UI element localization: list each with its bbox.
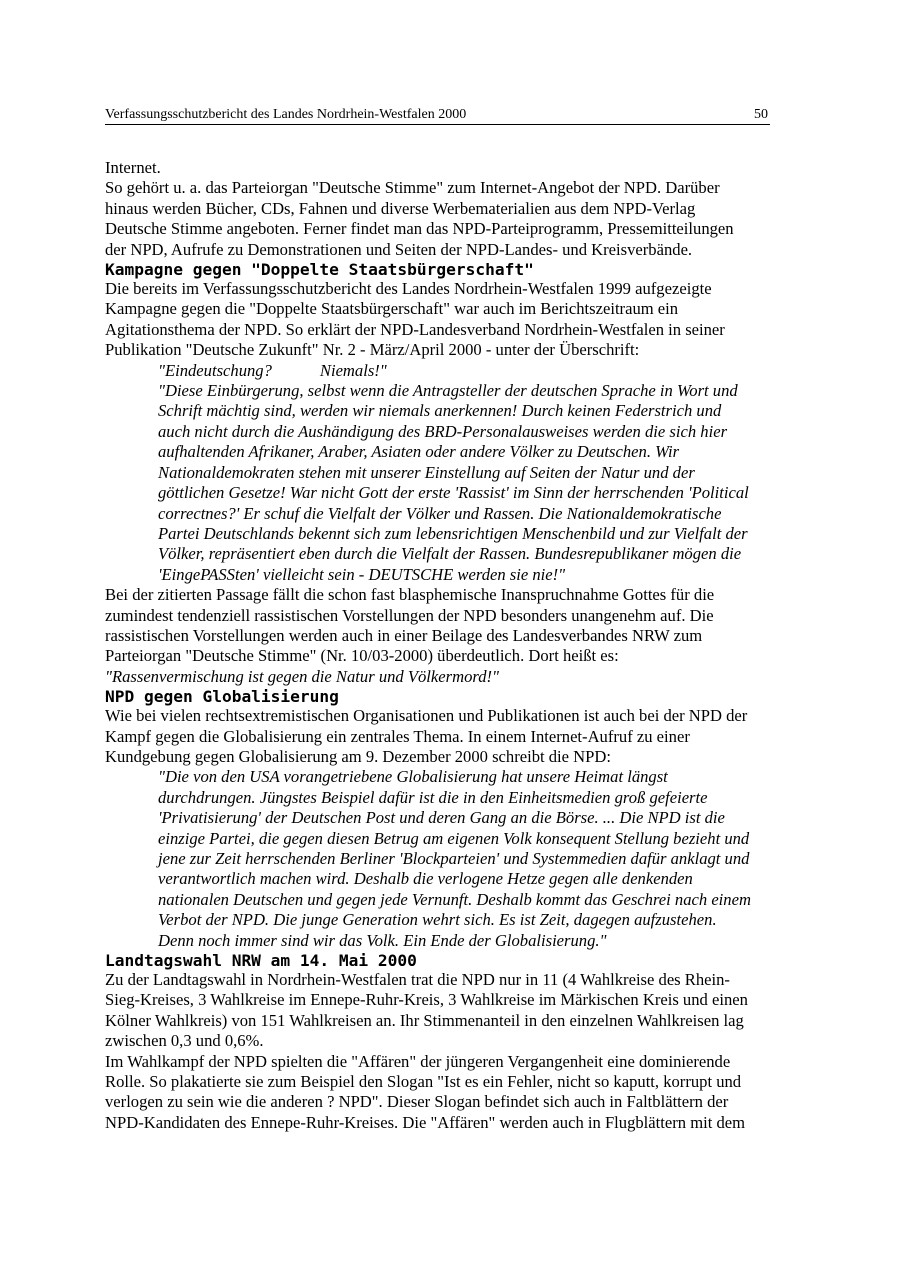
quote-line: Partei Deutschlands bekennt sich zum leb… (158, 524, 805, 544)
header-title: Verfassungsschutzbericht des Landes Nord… (105, 106, 466, 124)
quote-line: Nationaldemokraten stehen mit unserer Ei… (158, 463, 805, 483)
section-1-paragraph-2: Bei der zitierten Passage fällt die scho… (105, 585, 805, 687)
section-3-paragraph-1: Zu der Landtagswahl in Nordrhein-Westfal… (105, 970, 805, 1052)
text-line: Deutsche Stimme angeboten. Ferner findet… (105, 219, 805, 239)
block-quote-eindeutschung: "Eindeutschung?Niemals!" "Diese Einbürge… (158, 361, 805, 585)
page-number: 50 (754, 106, 768, 124)
quote-line: jene zur Zeit herrschenden Berliner 'Blo… (158, 849, 805, 869)
text-line: So gehört u. a. das Parteiorgan "Deutsch… (105, 178, 805, 198)
quote-line: 'EingePASSten' vielleicht sein - DEUTSCH… (158, 565, 805, 585)
quote-line: verantwortlich machen wird. Deshalb die … (158, 869, 805, 889)
text-line: Kundgebung gegen Globalisierung am 9. De… (105, 747, 805, 767)
inline-quote: "Rassenvermischung ist gegen die Natur u… (105, 667, 805, 687)
quote-line: einzige Partei, die gegen diesen Betrug … (158, 829, 805, 849)
text-line: Agitationsthema der NPD. So erklärt der … (105, 320, 805, 340)
quote-line: Völker, repräsentiert eben durch die Vie… (158, 544, 805, 564)
running-header: Verfassungsschutzbericht des Landes Nord… (105, 106, 770, 125)
section-2-paragraph-1: Wie bei vielen rechtsextremistischen Org… (105, 706, 805, 767)
text-line: der NPD, Aufrufe zu Demonstrationen und … (105, 240, 805, 260)
text-line: zumindest tendenziell rassistischen Vors… (105, 606, 805, 626)
text-line: Bei der zitierten Passage fällt die scho… (105, 585, 805, 605)
text-line: Kampf gegen die Globalisierung ein zentr… (105, 727, 805, 747)
text-line: Die bereits im Verfassungsschutzbericht … (105, 279, 805, 299)
quote-line: "Diese Einbürgerung, selbst wenn die Ant… (158, 381, 805, 401)
document-page: Verfassungsschutzbericht des Landes Nord… (0, 0, 900, 1273)
text-line: verlogen zu sein wie die anderen ? NPD".… (105, 1092, 805, 1112)
text-line: zwischen 0,3 und 0,6%. (105, 1031, 805, 1051)
quote-line: nationalen Deutschen und gegen jede Vern… (158, 890, 805, 910)
quote-line: correctnes?' Er schuf die Vielfalt der V… (158, 504, 805, 524)
text-line: Publikation "Deutsche Zukunft" Nr. 2 - M… (105, 340, 805, 360)
quote-line: durchdrungen. Jüngstes Beispiel dafür is… (158, 788, 805, 808)
text-line: hinaus werden Bücher, CDs, Fahnen und di… (105, 199, 805, 219)
text-line: Internet. (105, 158, 805, 178)
quote-line: auch nicht durch die Aushändigung des BR… (158, 422, 805, 442)
text-line: Kölner Wahlkreis) von 151 Wahlkreisen an… (105, 1011, 805, 1031)
text-line: NPD-Kandidaten des Ennepe-Ruhr-Kreises. … (105, 1113, 805, 1133)
text-line: Parteiorgan "Deutsche Stimme" (Nr. 10/03… (105, 646, 805, 666)
quote-line: Verbot der NPD. Die junge Generation weh… (158, 910, 805, 930)
text-line: Kampagne gegen die "Doppelte Staatsbürge… (105, 299, 805, 319)
section-1-paragraph-1: Die bereits im Verfassungsschutzbericht … (105, 279, 805, 361)
quote-title-part: "Eindeutschung? (158, 361, 272, 380)
text-line: Rolle. So plakatierte sie zum Beispiel d… (105, 1072, 805, 1092)
section-heading-globalisierung: NPD gegen Globalisierung (105, 687, 805, 706)
quote-title: "Eindeutschung?Niemals!" (158, 361, 805, 381)
quote-line: "Die von den USA vorangetriebene Globali… (158, 767, 805, 787)
quote-line: Denn noch immer sind wir das Volk. Ein E… (158, 931, 805, 951)
section-heading-doppelte-staatsbuergerschaft: Kampagne gegen "Doppelte Staatsbürgersch… (105, 260, 805, 279)
text-line: Im Wahlkampf der NPD spielten die "Affär… (105, 1052, 805, 1072)
text-line: rassistischen Vorstellungen werden auch … (105, 626, 805, 646)
quote-line: Schrift mächtig sind, werden wir niemals… (158, 401, 805, 421)
quote-line: aufhaltenden Afrikaner, Araber, Asiaten … (158, 442, 805, 462)
text-line: Wie bei vielen rechtsextremistischen Org… (105, 706, 805, 726)
text-line: Zu der Landtagswahl in Nordrhein-Westfal… (105, 970, 805, 990)
quote-line: göttlichen Gesetze! War nicht Gott der e… (158, 483, 805, 503)
section-3-paragraph-2: Im Wahlkampf der NPD spielten die "Affär… (105, 1052, 805, 1134)
text-line: Sieg-Kreises, 3 Wahlkreise im Ennepe-Ruh… (105, 990, 805, 1010)
intro-paragraph: Internet. So gehört u. a. das Parteiorga… (105, 158, 805, 260)
quote-title-part: Niemals!" (320, 361, 387, 380)
block-quote-globalisierung: "Die von den USA vorangetriebene Globali… (158, 767, 805, 951)
section-heading-landtagswahl: Landtagswahl NRW am 14. Mai 2000 (105, 951, 805, 970)
page-body: Internet. So gehört u. a. das Parteiorga… (105, 158, 805, 1133)
quote-line: 'Privatisierung' der Deutschen Post und … (158, 808, 805, 828)
